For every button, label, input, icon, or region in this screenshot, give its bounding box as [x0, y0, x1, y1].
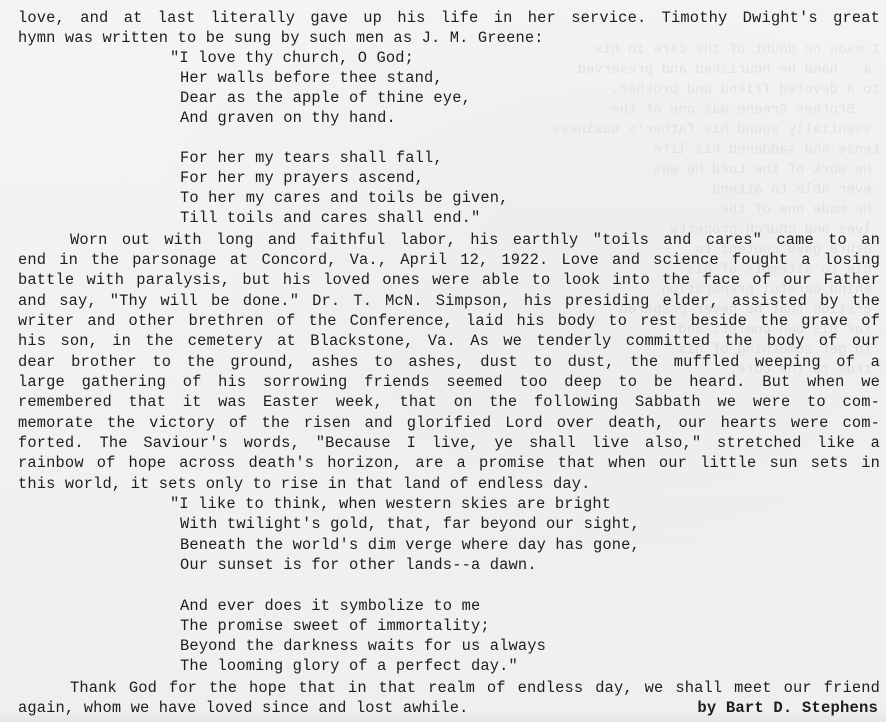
paragraph-line: remembered that it was Easter week, that… — [18, 392, 880, 412]
poem-line: "I like to think, when western skies are… — [170, 494, 611, 514]
paragraph-line: this world, it sets only to rise in that… — [18, 474, 880, 494]
paragraph-line: battle with paralysis, but his loved one… — [18, 270, 880, 290]
paragraph-line: large gathering of his sorrowing friends… — [18, 372, 880, 392]
paragraph-line: Worn out with long and faithful labor, h… — [70, 230, 880, 250]
hymn-line: Dear as the apple of thine eye, — [180, 88, 471, 108]
poem-line: Beneath the world's dim verge where day … — [180, 535, 640, 555]
paragraph-line: and say, "Thy will be done." Dr. T. McN.… — [18, 291, 880, 311]
paragraph-line: forted. The Saviour's words, "Because I … — [18, 433, 880, 453]
hymn-line: "I love thy church, O God; — [170, 48, 414, 68]
hymn-line: Till toils and cares shall end." — [180, 208, 480, 228]
paragraph-line: writer and other brethren of the Confere… — [18, 311, 880, 331]
paragraph-line: dear brother to the ground, ashes to ash… — [18, 352, 880, 372]
hymn-line: To her my cares and toils be given, — [180, 188, 509, 208]
paragraph-line: his son, in the cemetery at Blackstone, … — [18, 331, 880, 351]
paragraph-line: end in the parsonage at Concord, Va., Ap… — [18, 250, 880, 270]
paragraph-line: love, and at last literally gave up his … — [18, 8, 880, 28]
poem-line: Beyond the darkness waits for us always — [180, 636, 546, 656]
scanned-page: I made no doubt of the care in his a han… — [0, 0, 886, 722]
poem-line: The promise sweet of immortality; — [180, 616, 490, 636]
paragraph-line: Thank God for the hope that in that real… — [70, 678, 880, 698]
hymn-line: For her my tears shall fall, — [180, 148, 443, 168]
poem-line: And ever does it symbolize to me — [180, 596, 480, 616]
paragraph-line: hymn was written to be sung by such men … — [18, 28, 880, 48]
paragraph-line: rainbow of hope across death's horizon, … — [18, 453, 880, 473]
hymn-line: For her my prayers ascend, — [180, 168, 424, 188]
poem-line: With twilight's gold, that, far beyond o… — [180, 514, 640, 534]
paragraph-line: memorate the victory of the risen and gl… — [18, 413, 880, 433]
hymn-line: And graven on thy hand. — [180, 108, 396, 128]
poem-line: The looming glory of a perfect day." — [180, 656, 518, 676]
hymn-line: Her walls before thee stand, — [180, 68, 443, 88]
poem-line: Our sunset is for other lands--a dawn. — [180, 555, 537, 575]
page-edge-shadow — [0, 710, 886, 722]
